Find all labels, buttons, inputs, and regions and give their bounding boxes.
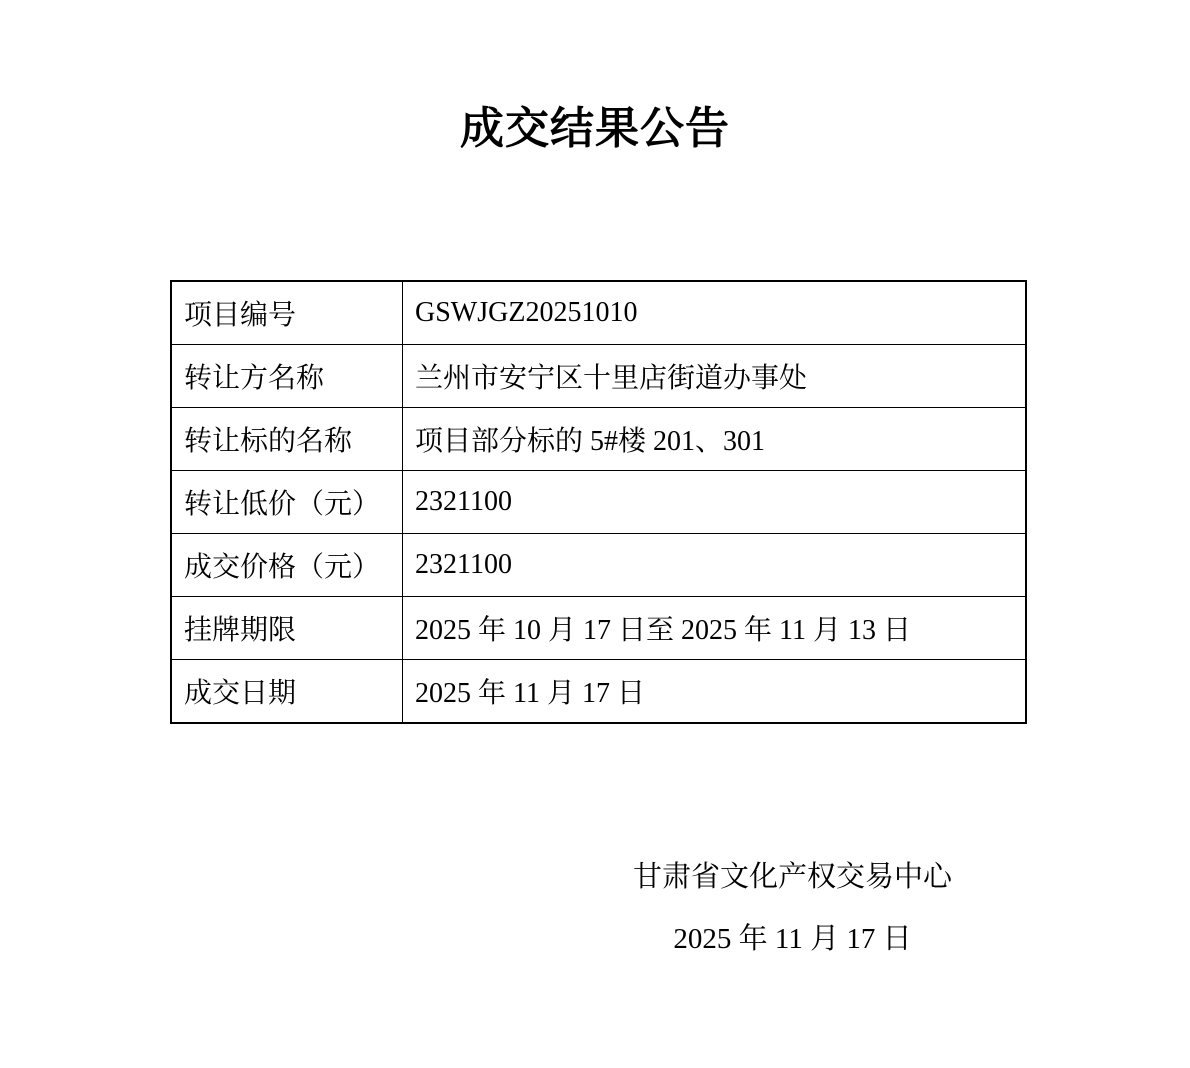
- row-value: 项目部分标的 5#楼 201、301: [403, 408, 1027, 471]
- table-row: 转让方名称 兰州市安宁区十里店街道办事处: [171, 345, 1026, 408]
- row-value: 兰州市安宁区十里店街道办事处: [403, 345, 1027, 408]
- table-row: 项目编号 GSWJGZ20251010: [171, 281, 1026, 345]
- announcement-page: 成交结果公告 项目编号 GSWJGZ20251010 转让方名称 兰州市安宁区十…: [0, 0, 1190, 1068]
- row-value: GSWJGZ20251010: [403, 281, 1027, 345]
- page-title: 成交结果公告: [0, 98, 1190, 160]
- table-row: 转让标的名称 项目部分标的 5#楼 201、301: [171, 408, 1026, 471]
- table-row: 转让低价（元） 2321100: [171, 471, 1026, 534]
- issue-date: 2025 年 11 月 17 日: [585, 918, 1000, 960]
- row-label: 成交日期: [171, 660, 403, 724]
- issuer-name: 甘肃省文化产权交易中心: [585, 856, 1000, 898]
- row-label: 转让低价（元）: [171, 471, 403, 534]
- row-value: 2321100: [403, 471, 1027, 534]
- row-label: 转让方名称: [171, 345, 403, 408]
- row-value: 2321100: [403, 534, 1027, 597]
- row-label: 转让标的名称: [171, 408, 403, 471]
- table-row: 挂牌期限 2025 年 10 月 17 日至 2025 年 11 月 13 日: [171, 597, 1026, 660]
- row-label: 挂牌期限: [171, 597, 403, 660]
- row-label: 项目编号: [171, 281, 403, 345]
- result-table: 项目编号 GSWJGZ20251010 转让方名称 兰州市安宁区十里店街道办事处…: [170, 280, 1027, 724]
- table-row: 成交日期 2025 年 11 月 17 日: [171, 660, 1026, 724]
- row-value: 2025 年 11 月 17 日: [403, 660, 1027, 724]
- table-row: 成交价格（元） 2321100: [171, 534, 1026, 597]
- row-label: 成交价格（元）: [171, 534, 403, 597]
- row-value: 2025 年 10 月 17 日至 2025 年 11 月 13 日: [403, 597, 1027, 660]
- signature-block: 甘肃省文化产权交易中心 2025 年 11 月 17 日: [585, 856, 1000, 960]
